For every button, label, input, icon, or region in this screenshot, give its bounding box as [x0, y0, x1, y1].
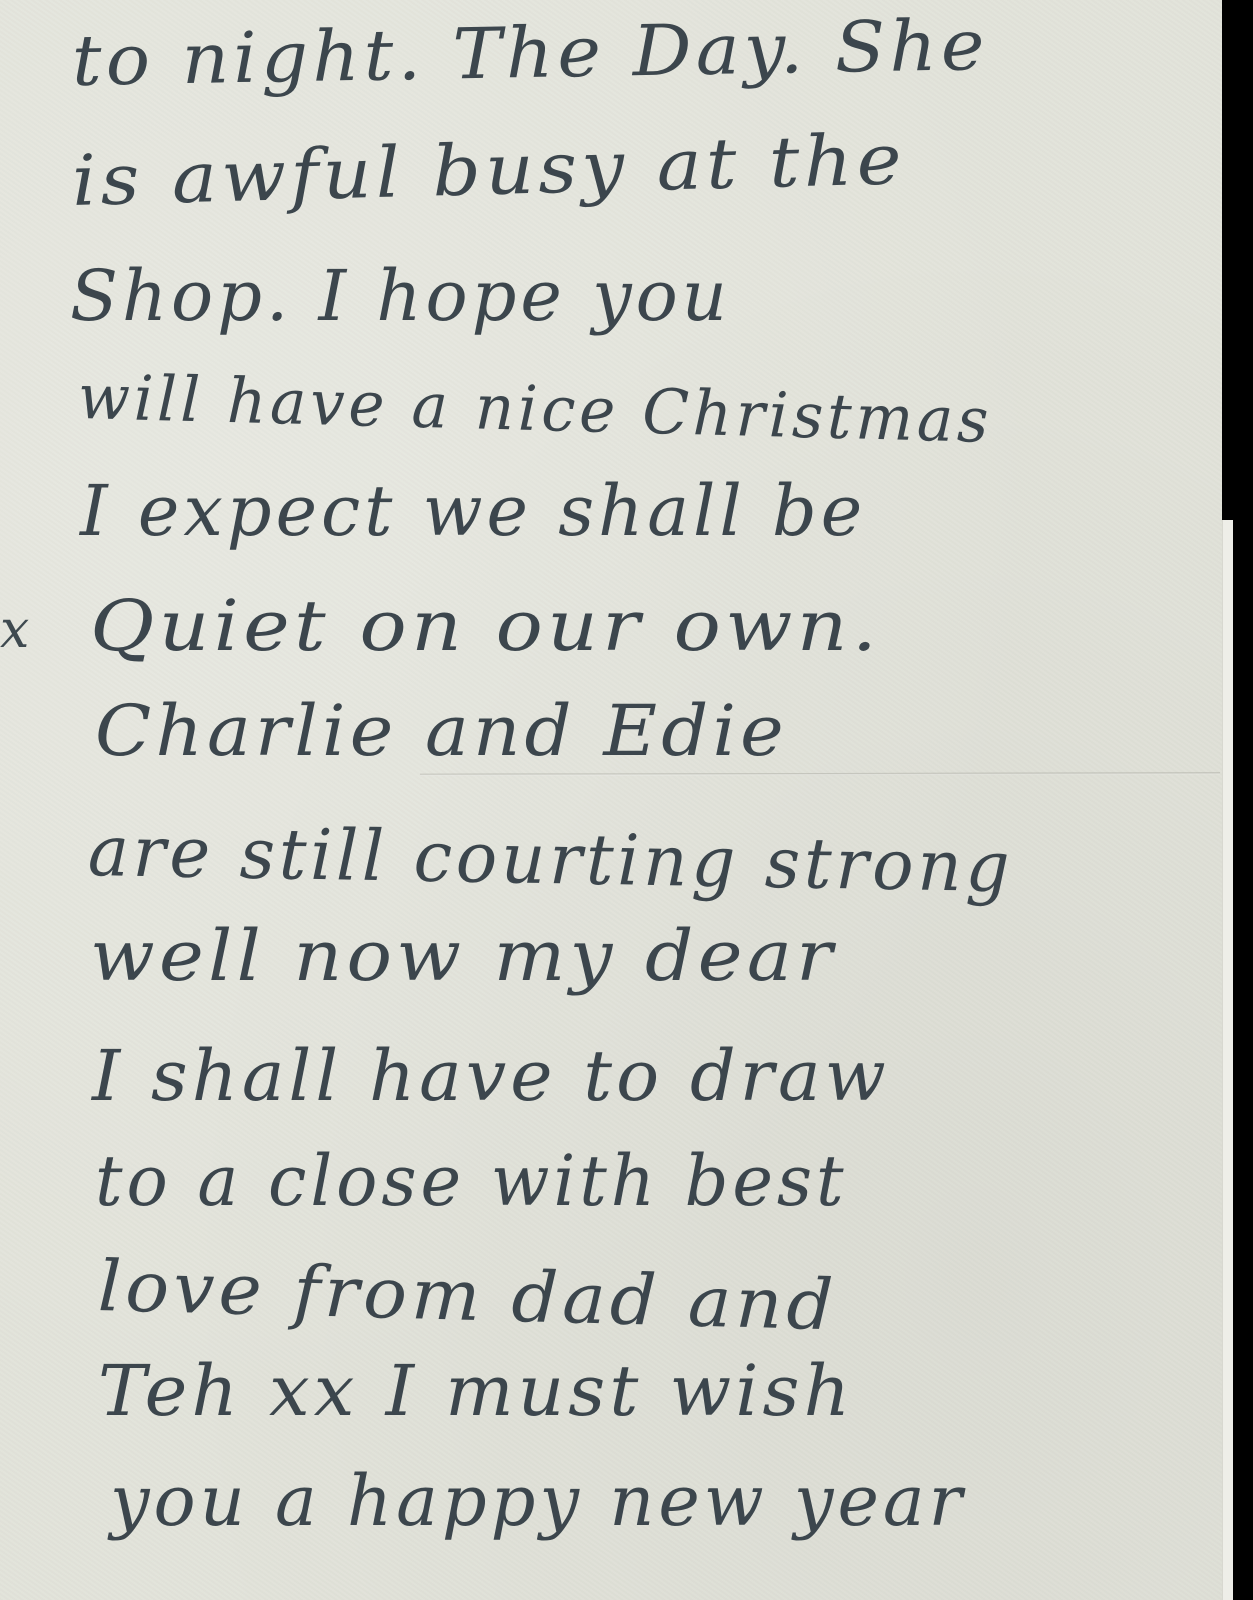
handwritten-line-6: Quiet on our own.: [90, 585, 881, 667]
handwritten-line-13: Teh xx I must wish: [98, 1350, 854, 1432]
handwritten-line-9: well now my dear: [90, 915, 837, 997]
handwritten-line-8: are still courting strong: [87, 810, 1014, 908]
handwritten-line-1: to night. The Day. She: [71, 4, 989, 102]
letter-page: x to night. The Day. She is awful busy a…: [0, 0, 1222, 1600]
handwritten-line-12: love from dad and: [97, 1245, 838, 1346]
handwritten-line-4: will have a nice Christmas: [77, 360, 993, 457]
margin-mark: x: [0, 600, 29, 660]
page-edge: [1222, 520, 1233, 1600]
handwritten-line-11: to a close with best: [95, 1140, 848, 1222]
handwritten-line-2: is awful busy at the: [71, 118, 907, 222]
handwritten-line-7: Charlie and Edie: [95, 690, 788, 772]
handwritten-line-10: I shall have to draw: [92, 1035, 890, 1117]
handwritten-line-14: you a happy new year: [110, 1460, 966, 1542]
paper-fold-crease: [420, 772, 1220, 775]
handwritten-line-3: Shop. I hope you: [70, 255, 731, 337]
handwritten-line-5: I expect we shall be: [80, 470, 866, 552]
